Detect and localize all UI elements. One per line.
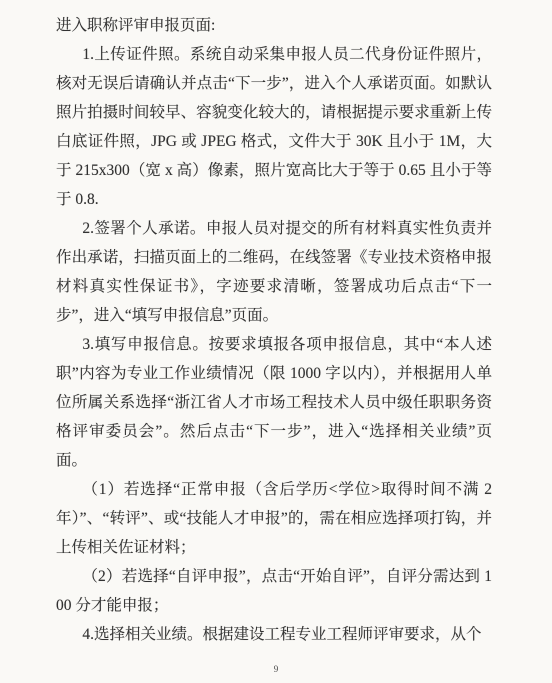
step-2-sign-commitment: 2.签署个人承诺。申报人员对提交的所有材料真实性负责并作出承诺，扫描页面上的二维… [56, 214, 492, 330]
step-1-upload-photo: 1.上传证件照。系统自动采集申报人员二代身份证件照片，核对无误后请确认并点击“下… [56, 40, 492, 214]
step-4-select-achievements: 4.选择相关业绩。根据建设工程专业工程师评审要求，从个 [56, 620, 492, 649]
document-page: 进入职称评审申报页面: 1.上传证件照。系统自动采集申报人员二代身份证件照片，核… [0, 0, 552, 683]
substep-1-normal-application: （1）若选择“正常申报（含后学历<学位>取得时间不满 2 年）”、“转评”、或“… [56, 475, 492, 562]
substep-2-self-evaluation: （2）若选择“自评申报”，点击“开始自评”，自评分需达到 100 分才能申报； [56, 562, 492, 620]
intro-line: 进入职称评审申报页面: [56, 11, 492, 40]
step-3-fill-application-info: 3.填写申报信息。按要求填报各项申报信息，其中“本人述职”内容为专业工作业绩情况… [56, 330, 492, 475]
page-number: 9 [0, 664, 552, 674]
